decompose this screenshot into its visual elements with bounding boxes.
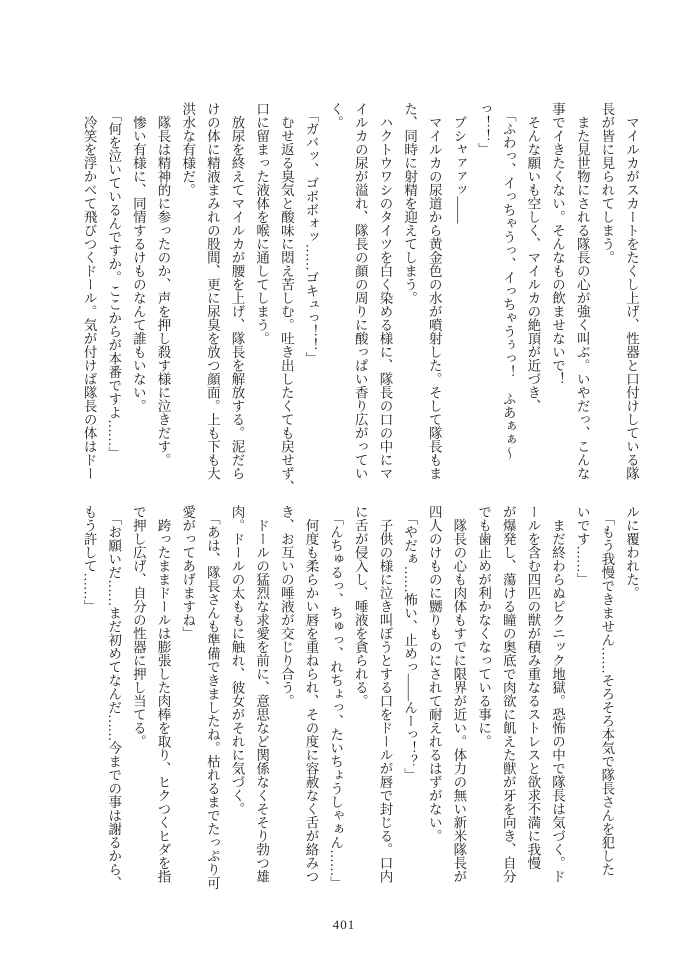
text-column: いです……」 <box>569 505 594 885</box>
text-column: プシャァァッ―― <box>446 102 471 482</box>
text-column: ルに覆われた。 <box>618 505 643 885</box>
text-column: っ！！」 <box>470 102 495 482</box>
text-column: 事でイきたくない。そんなもの飲ませないで！ <box>544 102 569 482</box>
text-column: マイルカがスカートをたくし上げ、性器と口付けしている隊 <box>618 102 643 482</box>
text-column: むせ返る臭気と酸味に悶え苦しむ。吐き出したくても戻せず、 <box>273 102 298 482</box>
text-column: に舌が侵入し、唾液を貪られる。 <box>347 505 372 885</box>
novel-page: マイルカがスカートをたくし上げ、性器と口付けしている隊長が皆に見られてしまう。 … <box>0 0 688 971</box>
text-column: 長が皆に見られてしまう。 <box>594 102 619 482</box>
text-column: もう許して……」 <box>76 505 101 885</box>
text-column: 惨い有様に、同情するけものなんて誰もいない。 <box>125 102 150 482</box>
text-column: 肉。ドールの太ももに触れ、彼女がそれに気づく。 <box>224 505 249 885</box>
text-column: 放尿を終えてマイルカが腰を上げ、隊長を解放する。泥だら <box>224 102 249 482</box>
text-column: けの体に精液まみれの股間、更に尿臭を放つ顔面。上も下も大 <box>199 102 224 482</box>
text-column: ハクトウワシのタイツを白く染める様に、隊長の口の中にマ <box>372 102 397 482</box>
text-column: 「んちゅるっ、ちゅっ、れちょっ、たいちょうしゃぁん……」 <box>322 505 347 885</box>
text-column: 隊長は精神的に参ったのか、声を押し殺す様に泣きだす。 <box>150 102 175 482</box>
page-number: 401 <box>0 917 688 933</box>
text-column: ールを含む四匹の獣が積み重なるストレスと欲求不満に我慢 <box>520 505 545 885</box>
text-column: が爆発し、蕩ける瞳の奥底で肉欲に飢えた獣が牙を向き、自分 <box>495 505 520 885</box>
text-column: そんな願いも空しく、マイルカの絶頂が近づき、 <box>520 102 545 482</box>
text-column: 口に留まった液体を喉に通してしまう。 <box>249 102 274 482</box>
text-column: 隊長の心も肉体もすでに限界が近い。体力の無い新米隊長が <box>446 505 471 885</box>
text-column: 「やだぁ……怖い、止めっ――んーっ！？」 <box>396 505 421 885</box>
text-band-top: マイルカがスカートをたくし上げ、性器と口付けしている隊長が皆に見られてしまう。 … <box>76 102 643 482</box>
text-column: 子供の様に泣き叫ぼうとする口をドールが唇で封じる。口内 <box>372 505 397 885</box>
text-column: く。 <box>322 102 347 482</box>
text-column: 四人のけものに嬲りものにされて耐えれるはずがない。 <box>421 505 446 885</box>
text-column: 洪水な有様だ。 <box>175 102 200 482</box>
text-column: 「ガバッ、ゴボボォッ……ゴキュっ！！」 <box>298 102 323 482</box>
text-column: で押し広げ、自分の性器に押し当てる。 <box>125 505 150 885</box>
text-column: 何度も柔らかい唇を重ねられ、その度に容赦なく舌が絡みつ <box>298 505 323 885</box>
text-column: 冷笑を浮かべて飛びつくドール。気が付けば隊長の体はドー <box>76 102 101 482</box>
text-column: 愛がってあげますね」 <box>175 505 200 885</box>
text-column: イルカの尿が溢れ、隊長の顔の周りに酸っぱい香り広がってい <box>347 102 372 482</box>
text-column: 「もう我慢できません……そろそろ本気で隊長さんを犯した <box>594 505 619 885</box>
text-column: 「あは、隊長さんも準備できましたね。枯れるまでたっぷり可 <box>199 505 224 885</box>
text-column: ドールの猛烈な求愛を前に、意思など関係なくそそり勃つ雄 <box>249 505 274 885</box>
text-column: た、同時に射精を迎えてしまう。 <box>396 102 421 482</box>
text-column: マイルカの尿道から黄金色の水が噴射した。そして隊長もま <box>421 102 446 482</box>
text-column: き、お互いの唾液が交じり合う。 <box>273 505 298 885</box>
text-column: でも歯止めが利かなくなっている事に。 <box>470 505 495 885</box>
text-band-bottom: ルに覆われた。 「もう我慢できません……そろそろ本気で隊長さんを犯したいです……… <box>76 505 643 885</box>
text-column: 「何を泣いているんですか。ここからが本番ですよ……」 <box>101 102 126 482</box>
text-column: まだ終わらぬピクニック地獄。恐怖の中で隊長は気づく。ド <box>544 505 569 885</box>
text-column: 「お願いだ……まだ初めてなんだ……今までの事は謝るから、 <box>101 505 126 885</box>
text-column: 「ふわっ、イっちゃうっ、イっちゃうぅっ！ ふあぁぁ～ <box>495 102 520 482</box>
text-column: 跨ったままドールは膨張した肉棒を取り、ヒクつくヒダを指 <box>150 505 175 885</box>
text-column: また見世物にされる隊長の心が強く叫ぶ。いやだっ、こんな <box>569 102 594 482</box>
